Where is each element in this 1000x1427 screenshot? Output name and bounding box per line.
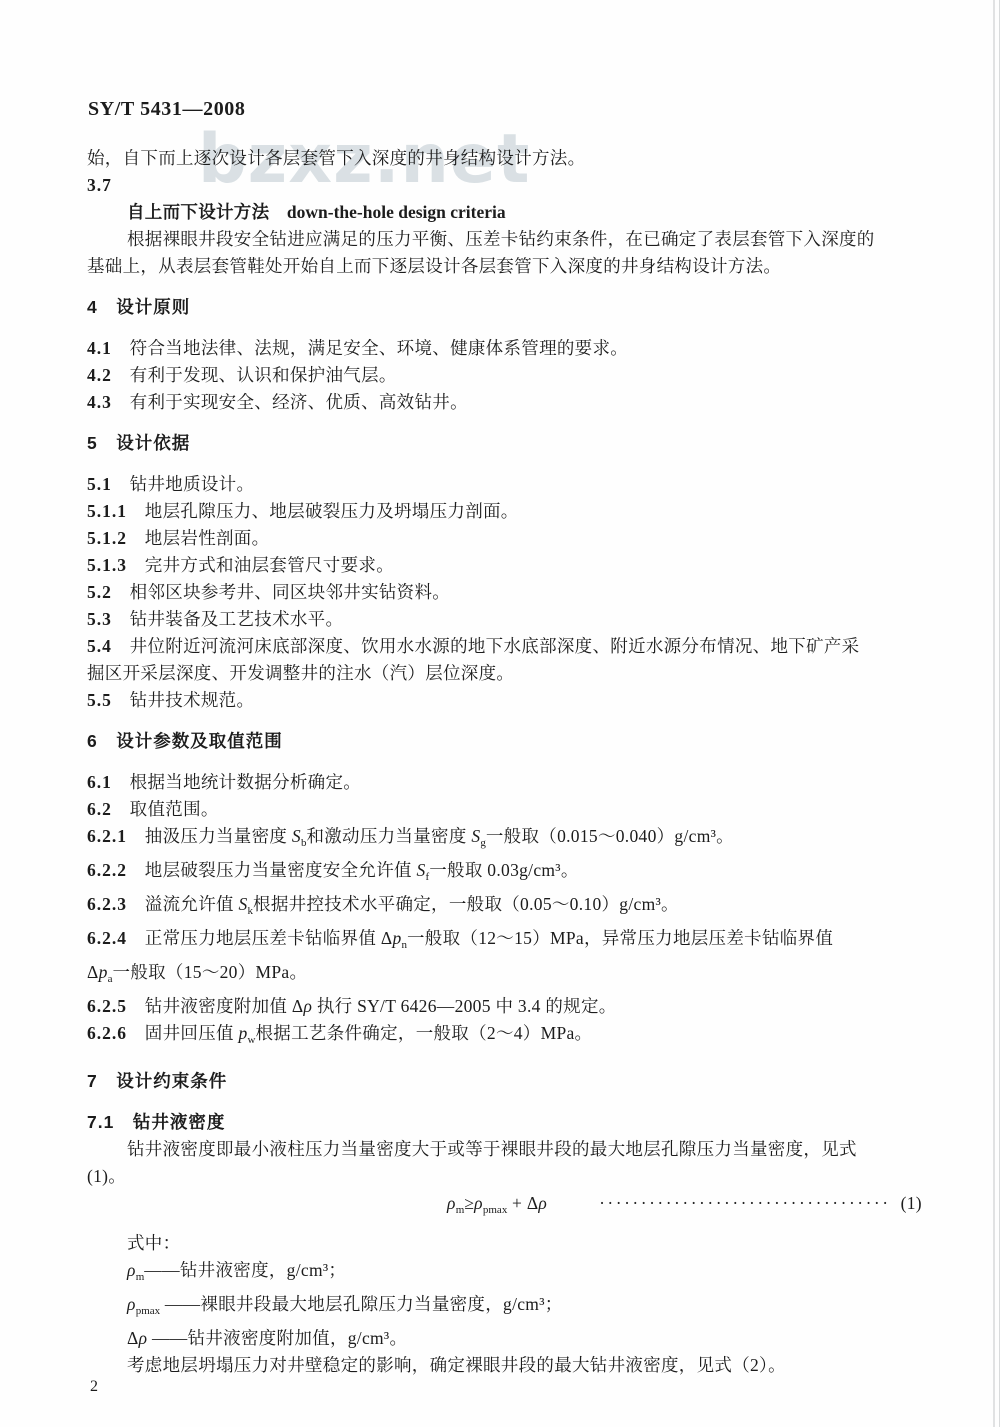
text-run: 正常压力地层压差卡钻临界值 Δ (127, 928, 392, 948)
clause-5-5: 5.5 钻井技术规范。 (87, 687, 1000, 714)
text-run: 5.1.3 (87, 555, 127, 575)
text-run: ρ (303, 996, 312, 1016)
standard-code-header: SY/T 5431—2008 (88, 96, 1000, 123)
text-run: 抽汲压力当量密度 (127, 826, 292, 846)
text-run: ρ (127, 1260, 136, 1280)
subsection-heading-7-1: 7.1 钻井液密度 (87, 1109, 1000, 1136)
text-run: 7.1 钻井液密度 (87, 1112, 225, 1132)
text-run: 2 (90, 1378, 98, 1395)
text-run: ——裸眼井段最大地层孔隙压力当量密度，g/cm³； (160, 1294, 562, 1314)
clause-6-2-5: 6.2.5 钻井液密度附加值 Δρ 执行 SY/T 6426—2005 中 3.… (87, 993, 1000, 1020)
text-run: 执行 SY/T 6426—2005 中 3.4 的规定。 (312, 996, 616, 1016)
text-run: 始，自下而上逐次设计各层套管下入深度的井身结构设计方法。 (87, 148, 585, 168)
paragraph: (1)。 (87, 1163, 1000, 1190)
text-run: 完井方式和油层套管尺寸要求。 (127, 555, 394, 575)
text-run: 根据裸眼井段安全钻进应满足的压力平衡、压差卡钻约束条件，在已确定了表层套管下入深… (127, 229, 875, 249)
section-heading-6: 6 设计参数及取值范围 (87, 728, 1000, 755)
clause-6-2-4: 6.2.4 正常压力地层压差卡钻临界值 Δpn一般取（12～15）MPa，异常压… (87, 925, 1000, 959)
clause-6-1: 6.1 根据当地统计数据分析确定。 (87, 769, 1000, 796)
clause-5-4: 5.4 井位附近河流河床底部深度、饮用水水源的地下水底部深度、附近水源分布情况、… (87, 633, 1000, 660)
clause-5-1-1: 5.1.1 地层孔隙压力、地层破裂压力及坍塌压力剖面。 (87, 498, 1000, 525)
clause-5-1-2: 5.1.2 地层岩性剖面。 (87, 525, 1000, 552)
text-run: 井位附近河流河床底部深度、饮用水水源的地下水底部深度、附近水源分布情况、地下矿产… (112, 636, 860, 656)
where-label: 式中： (127, 1230, 1000, 1257)
text-run: 3.7 (87, 175, 112, 195)
text-run: S (292, 826, 301, 846)
text-run: w (248, 1034, 256, 1046)
clause-4-2: 4.2 有利于发现、认识和保护油气层。 (87, 362, 1000, 389)
text-run: 符合当地法律、法规，满足安全、环境、健康体系管理的要求。 (112, 338, 628, 358)
clause-number-3-7: 3.7 (87, 172, 1000, 199)
text-run: 地层岩性剖面。 (127, 528, 269, 548)
equation-1: ρm≥ρpmax + Δρ···························… (447, 1190, 1000, 1224)
text-run: p (238, 1023, 247, 1043)
text-run: 4.3 (87, 392, 112, 412)
text-run: 5.1.1 (87, 501, 127, 521)
text-run: 地层孔隙压力、地层破裂压力及坍塌压力剖面。 (127, 501, 519, 521)
text-run: 根据当地统计数据分析确定。 (112, 772, 361, 792)
text-run: 6.2.4 (87, 928, 127, 948)
text-run: 6.2.2 (87, 860, 127, 880)
document-page: bzxz.net SY/T 5431—2008始，自下而上逐次设计各层套管下入深… (0, 0, 1000, 1427)
text-run: m (136, 1271, 145, 1283)
section-heading-4: 4 设计原则 (87, 294, 1000, 321)
clause-4-1: 4.1 符合当地法律、法规，满足安全、环境、健康体系管理的要求。 (87, 335, 1000, 362)
text-run: ——钻井液密度附加值，g/cm³。 (147, 1328, 407, 1348)
text-run: 考虑地层坍塌压力对井壁稳定的影响，确定裸眼井段的最大钻井液密度，见式（2）。 (127, 1355, 786, 1375)
text-run: 自上而下设计方法 (127, 202, 269, 222)
text-run: 钻井液密度即最小液柱压力当量密度大于或等于裸眼井段的最大地层孔隙压力当量密度，见… (127, 1139, 857, 1159)
text-run: 根据工艺条件确定，一般取（2～4）MPa。 (256, 1023, 593, 1043)
clause-5-1: 5.1 钻井地质设计。 (87, 471, 1000, 498)
section-heading-7: 7 设计约束条件 (87, 1068, 1000, 1095)
text-run: 5.4 (87, 636, 112, 656)
symbol-definition: Δρ ——钻井液密度附加值，g/cm³。 (127, 1325, 1000, 1352)
clause-6-2: 6.2 取值范围。 (87, 796, 1000, 823)
section-heading-5: 5 设计依据 (87, 430, 1000, 457)
clause-6-2-1: 6.2.1 抽汲压力当量密度 Sb和激动压力当量密度 Sg一般取（0.015～0… (87, 823, 1000, 857)
text-run: 4 设计原则 (87, 297, 190, 317)
text-run: 4.2 (87, 365, 112, 385)
paragraph: 始，自下而上逐次设计各层套管下入深度的井身结构设计方法。 (87, 145, 1000, 172)
text-run: pmax (136, 1305, 160, 1317)
clause-5-3: 5.3 钻井装备及工艺技术水平。 (87, 606, 1000, 633)
paragraph: 基础上，从表层套管鞋处开始自上而下逐层设计各层套管下入深度的井身结构设计方法。 (87, 253, 1000, 280)
clause-6-2-2: 6.2.2 地层破裂压力当量密度安全允许值 Sf一般取 0.03g/cm³。 (87, 857, 1000, 891)
document-content: SY/T 5431—2008始，自下而上逐次设计各层套管下入深度的井身结构设计方… (0, 96, 1000, 1400)
text-run: 钻井装备及工艺技术水平。 (112, 609, 343, 629)
text-run: ρ (538, 1193, 547, 1213)
text-run: 一般取（15～20）MPa。 (113, 962, 308, 982)
text-run: 7 设计约束条件 (87, 1071, 227, 1091)
term-heading: 自上而下设计方法 down-the-hole design criteria (127, 199, 1000, 226)
text-run: 取值范围。 (112, 799, 219, 819)
text-run: (1)。 (87, 1166, 126, 1186)
text-run: 一般取（0.015～0.040）g/cm³。 (486, 826, 734, 846)
text-run: 6.2.1 (87, 826, 127, 846)
text-run: 有利于实现安全、经济、优质、高效钻井。 (112, 392, 468, 412)
text-run: 掘区开采层深度、开发调整井的注水（汽）层位深度。 (87, 663, 514, 683)
clause-6-2-4-continued: Δpa一般取（15～20）MPa。 (87, 959, 1000, 993)
text-run: Δ (87, 962, 99, 982)
paragraph: 根据裸眼井段安全钻进应满足的压力平衡、压差卡钻约束条件，在已确定了表层套管下入深… (127, 226, 1000, 253)
symbol-definition: ρm——钻井液密度，g/cm³； (127, 1257, 1000, 1291)
text-run: p (392, 928, 401, 948)
text-run: 固井回压值 (127, 1023, 238, 1043)
text-run: 6 设计参数及取值范围 (87, 731, 283, 751)
text-run: + Δ (507, 1193, 538, 1213)
text-run: 溢流允许值 (127, 894, 238, 914)
dot-leader: ··································· (599, 1193, 890, 1213)
text-run: 5.3 (87, 609, 112, 629)
text-run: ρ (474, 1193, 483, 1213)
text-run: ≥ (464, 1193, 474, 1213)
text-run: 6.2.5 (87, 996, 127, 1016)
symbol-definition: ρpmax ——裸眼井段最大地层孔隙压力当量密度，g/cm³； (127, 1291, 1000, 1325)
text-run: 5.1 (87, 474, 112, 494)
text-run: 6.2 (87, 799, 112, 819)
text-run: 基础上，从表层套管鞋处开始自上而下逐层设计各层套管下入深度的井身结构设计方法。 (87, 256, 781, 276)
text-run: ρ (127, 1294, 136, 1314)
text-run: 5.5 (87, 690, 112, 710)
text-run: 钻井技术规范。 (112, 690, 254, 710)
text-run: 5 设计依据 (87, 433, 190, 453)
text-run: 4.1 (87, 338, 112, 358)
text-run: 有利于发现、认识和保护油气层。 (112, 365, 397, 385)
text-run: 根据井控技术水平确定，一般取（0.05～0.10）g/cm³。 (253, 894, 679, 914)
paragraph: 钻井液密度即最小液柱压力当量密度大于或等于裸眼井段的最大地层孔隙压力当量密度，见… (127, 1136, 1000, 1163)
text-run: ——钻井液密度，g/cm³； (144, 1260, 346, 1280)
text-run: 6.1 (87, 772, 112, 792)
clause-4-3: 4.3 有利于实现安全、经济、优质、高效钻井。 (87, 389, 1000, 416)
text-run: 5.2 (87, 582, 112, 602)
text-run: 6.2.3 (87, 894, 127, 914)
text-run: ρ (447, 1193, 456, 1213)
text-run: (1) (901, 1193, 922, 1213)
text-run: 一般取 0.03g/cm³。 (429, 860, 578, 880)
text-run: 6.2.6 (87, 1023, 127, 1043)
text-run: Δ (127, 1328, 139, 1348)
clause-6-2-6: 6.2.6 固井回压值 pw根据工艺条件确定，一般取（2～4）MPa。 (87, 1020, 1000, 1054)
text-run: 和激动压力当量密度 (306, 826, 471, 846)
text-run: pmax (483, 1204, 507, 1216)
text-run: 相邻区块参考井、同区块邻井实钻资料。 (112, 582, 450, 602)
text-run: S (416, 860, 425, 880)
clause-5-1-3: 5.1.3 完井方式和油层套管尺寸要求。 (87, 552, 1000, 579)
clause-6-2-3: 6.2.3 溢流允许值 Sk根据井控技术水平确定，一般取（0.05～0.10）g… (87, 891, 1000, 925)
text-run: SY/T 5431—2008 (88, 98, 246, 120)
text-run: 钻井液密度附加值 Δ (127, 996, 303, 1016)
text-run: 式中： (127, 1233, 180, 1253)
clause-5-2: 5.2 相邻区块参考井、同区块邻井实钻资料。 (87, 579, 1000, 606)
text-run: 5.1.2 (87, 528, 127, 548)
text-run: 地层破裂压力当量密度安全允许值 (127, 860, 416, 880)
text-run: p (99, 962, 108, 982)
text-run: m (456, 1204, 465, 1216)
text-run: S (238, 894, 247, 914)
clause-5-4-continued: 掘区开采层深度、开发调整井的注水（汽）层位深度。 (87, 660, 1000, 687)
text-run: 钻井地质设计。 (112, 474, 254, 494)
text-run: down-the-hole design criteria (269, 202, 505, 222)
text-run: 一般取（12～15）MPa，异常压力地层压差卡钻临界值 (407, 928, 833, 948)
text-run: ρ (139, 1328, 148, 1348)
